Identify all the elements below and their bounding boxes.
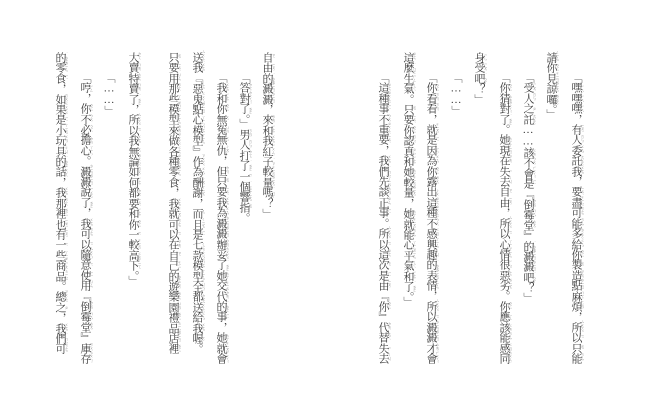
han-char: 只ㄓˇ (402, 104, 414, 114)
zhuyin-ruby: ㄨㄟˇ (581, 144, 585, 155)
han-char: 平ㄆㄧㄥˊ (402, 250, 414, 260)
han-char: 囉ㄌㄨㄛ (545, 94, 557, 104)
zhuyin-ruby: ㄧˋ (90, 261, 94, 268)
han-char: 只ㄓˇ (570, 343, 582, 353)
text-column: 「你ㄋㄧˇ看ㄎㄢˋ看ㄎㄢˋ，就ㄐㄧㄡˋ是ㄕˋ因ㄧㄣ為ㄨㄟˋ你ㄋㄧˇ露ㄌㄨˋ出ㄔㄨ… (425, 52, 437, 382)
han-char: 意ㄧˋ (79, 259, 91, 269)
han-char: 堂ㄊㄤˊ (522, 220, 534, 230)
han-char: 裡ㄌㄧˇ (167, 343, 179, 353)
zhuyin-ruby: ㄧㄠˋ (138, 198, 142, 208)
zhuyin-ruby: ㄍㄞ (509, 324, 513, 331)
zhuyin-ruby: ㄩㄢ (226, 126, 230, 133)
zhuyin-ruby: ㄧˋ (65, 241, 69, 248)
han-char: 澱ㄉㄧㄢˋ (261, 94, 273, 104)
zhuyin-ruby: ㄋㄧˇ (388, 301, 392, 311)
zhuyin-ruby: ㄊㄨㄥˊ (509, 351, 513, 366)
han-char: 身ㄕㄣ (473, 52, 485, 62)
han-char: 事ㄕˋ (377, 207, 389, 217)
zhuyin-ruby: ˙ㄌㄜ (249, 103, 253, 114)
han-char: 她ㄊㄚ (215, 270, 227, 280)
han-char: 給ㄍㄟˇ (570, 239, 582, 249)
han-char: 有ㄧㄡˇ (54, 229, 66, 239)
zhuyin-ruby: ㄓ (65, 305, 69, 308)
han-char: 談ㄊㄢˊ (377, 186, 389, 196)
zhuyin-ruby: ㄕㄣ (484, 54, 488, 61)
text-column: 「哼ㄏㄥ，你ㄋㄧˇ不ㄅㄨˊ必ㄅㄧˋ擔ㄉㄢ心ㄒㄧㄣ。澱ㄉㄧㄢˋ澱ㄉㄧㄢˋ說ㄕㄨㄛ了… (79, 52, 91, 382)
han-char: 氣ㄑㄧˋ (402, 260, 414, 270)
han-char: 自ㄗˋ (167, 250, 179, 260)
han-char: 是ㄕˋ (377, 270, 389, 280)
han-char: 些ㄒㄧㄝ (167, 94, 179, 104)
han-char: 堂ㄊㄤˊ (79, 322, 91, 332)
zhuyin-ruby: ㄋㄚˋ (178, 83, 182, 94)
han-char: 霉ㄇㄟˊ (522, 209, 534, 219)
han-char: 所ㄙㄨㄛˇ (425, 301, 437, 311)
zhuyin-ruby: ㄧㄡˇ (581, 124, 585, 134)
zhuyin-ruby: ㄗˋ (272, 53, 276, 61)
zhuyin-ruby: ㄊㄧˋ (388, 332, 392, 342)
zhuyin-ruby: ㄒㄧㄣ (90, 145, 94, 154)
han-char: 我ㄨㄛˇ (54, 187, 66, 197)
han-char: 量ㄌㄧㄤˋ (261, 177, 273, 187)
han-char: 為ㄨㄟˋ (425, 155, 437, 165)
han-char: 事ㄕˋ (215, 311, 227, 321)
han-char: 你ㄋㄧˇ (215, 103, 227, 113)
zhuyin-ruby: ㄏㄜˊ (138, 176, 142, 187)
zhuyin-ruby: ㄓㄥˋ (388, 196, 392, 207)
han-char: 用ㄩㄥˋ (79, 280, 91, 290)
han-char: 一ㄧˋ (54, 239, 66, 249)
zhuyin-ruby: ㄏㄨㄟˋ (226, 351, 230, 366)
zhuyin-ruby: ㄋㄧˇ (509, 301, 513, 311)
han-char: 零ㄌㄧㄥˊ (167, 166, 179, 176)
han-char: 種ㄓㄨㄥˇ (425, 207, 437, 217)
han-char: 出ㄔㄨ (425, 186, 437, 196)
han-char: 劣ㄌㄧㄝˋ (498, 280, 510, 290)
han-char: 能ㄋㄥˊ (570, 218, 582, 228)
han-char: 託ㄊㄨㄛ (570, 155, 582, 165)
han-char: 何ㄏㄜˊ (127, 177, 139, 187)
zhuyin-ruby: ㄕˋ (388, 105, 392, 113)
han-char: 麻ㄇㄚˊ (570, 291, 582, 301)
han-char: 因ㄧㄣ (425, 145, 437, 155)
text-column: 「受ㄕㄡˋ人ㄖㄣˊ之ㄓ託ㄊㄨㄛ……該ㄍㄞ不ㄅㄨˊ會ㄏㄨㄟˋ是ㄕˋ『倒ㄉㄠˇ霉ㄇㄟ… (522, 52, 534, 382)
zhuyin-ruby: ㄓˇ (178, 53, 182, 61)
han-char: 心ㄒㄧㄣ (191, 114, 203, 124)
han-char: 正ㄓㄥˋ (377, 197, 389, 207)
han-char: 嗎˙ㄇㄚ (261, 187, 273, 197)
han-char: 澱ㄉㄧㄢˋ (215, 228, 227, 238)
han-char: 託ㄊㄨㄛ (522, 114, 534, 124)
han-char: 樂ㄌㄜˋ (167, 291, 179, 301)
han-char: 會ㄏㄨㄟˋ (215, 353, 227, 363)
zhuyin-ruby: ˙ㄅㄚ (533, 271, 537, 282)
zhuyin-ruby: ㄆㄧㄣˇ (65, 269, 69, 283)
han-char: 次ㄘˋ (377, 259, 389, 269)
zhuyin-ruby: ㄕˋ (202, 230, 206, 238)
han-char: 用ㄩㄥˋ (167, 73, 179, 83)
zhuyin-ruby: ㄍㄠ (138, 252, 142, 259)
zhuyin-ruby: ㄍㄟˇ (581, 238, 585, 249)
zhuyin-ruby: ˙ㄌㄜ (138, 93, 142, 104)
han-char: 些ㄒㄧㄝ (54, 250, 66, 260)
han-char: 去ㄑㄩˋ (498, 176, 510, 186)
zhuyin-ruby: ㄑㄧˋ (413, 260, 417, 270)
han-char: 喔ㄛ (191, 333, 203, 343)
han-char: 事ㄕˋ (377, 103, 389, 113)
han-char: 和ㄏㄜˊ (402, 156, 414, 166)
zhuyin-ruby: ㄏㄟ (581, 95, 585, 102)
han-char: 興ㄒㄧㄥˋ (425, 239, 437, 249)
han-char: 我ㄨㄛˇ (54, 323, 66, 333)
han-char: 和ㄏㄜˊ (402, 271, 414, 281)
zhuyin-ruby: ㄊㄨㄛ (581, 155, 585, 165)
han-char: 不ㄅㄨˋ (425, 218, 437, 228)
han-char: 趣ㄑㄩˋ (425, 249, 437, 259)
zhuyin-ruby: ㄑㄧ (202, 242, 206, 248)
han-char: 了˙ㄌㄜ (127, 94, 139, 104)
han-char: 了˙ㄌㄜ (215, 259, 227, 269)
zhuyin-ruby: ㄋㄧˇ (413, 125, 417, 135)
han-char: 型ㄒㄧㄥˊ (167, 114, 179, 124)
han-char: 很ㄏㄣˇ (498, 259, 510, 269)
han-char: 有ㄧㄡˇ (570, 124, 582, 134)
zhuyin-ruby: ㄏㄟ (581, 105, 585, 112)
zhuyin-ruby: ㄑㄧㄥˊ (436, 278, 440, 292)
han-char: 吧˙ㄅㄚ (522, 272, 534, 282)
zhuyin-ruby: ㄒㄧㄥˊ (202, 134, 206, 148)
han-char: 只ㄓˇ (215, 176, 227, 186)
han-char: 你ㄋㄧˇ (377, 301, 389, 311)
han-char: 諒ㄌㄧㄤˋ (545, 83, 557, 93)
text-column: 「答ㄉㄚˊ對ㄉㄨㄟˋ了˙ㄌㄜ。」男ㄋㄢˊ人ㄖㄣˊ打ㄉㄚˇ了˙ㄌㄜ一ㄧˊ個˙ㄍㄜ響… (238, 52, 250, 382)
han-char: 能ㄋㄥˊ (402, 229, 414, 239)
zhuyin-ruby: ㄗㄞˋ (509, 155, 513, 166)
zhuyin-ruby: ㄌㄨㄛ (556, 94, 560, 104)
han-char: 澱ㄉㄧㄢˋ (79, 176, 91, 186)
han-char: 特ㄊㄜˋ (127, 73, 139, 83)
han-char: 的˙ㄉㄜ (167, 271, 179, 281)
han-char: 委ㄨㄟˇ (570, 145, 582, 155)
han-char: 食ㄕˊ (167, 177, 179, 187)
zhuyin-ruby: ㄘㄨㄣˊ (90, 351, 94, 366)
zhuyin-ruby: ㄧㄠˋ (413, 114, 417, 124)
text-column: 的˙ㄉㄜ零ㄌㄧㄥˊ食ㄕˊ，如ㄖㄨˊ果ㄍㄨㄛˇ是ㄕˋ小ㄒㄧㄠˇ玩ㄨㄢˊ具ㄐㄩˋ的˙… (54, 52, 66, 382)
han-char: 請ㄑㄧㄥˇ (545, 52, 557, 62)
zhuyin-ruby: ㄕˋ (533, 179, 537, 187)
han-char: 要ㄧㄠˋ (377, 134, 389, 144)
han-char: 論ㄌㄨㄣˋ (127, 156, 139, 166)
han-char: 心ㄒㄧㄣ (79, 145, 91, 155)
han-char: 響ㄒㄧㄤˇ (238, 191, 250, 201)
han-char: 和ㄏㄜˊ (215, 93, 227, 103)
han-char: 裡ㄌㄧˇ (54, 208, 66, 218)
han-char: 重ㄓㄨㄥˋ (377, 124, 389, 134)
han-char: 嘿ㄏㄟ (570, 82, 582, 92)
zhuyin-ruby: ㄧˇ (436, 313, 440, 320)
han-char: 大ㄉㄚˋ (127, 52, 139, 62)
han-char: 認ㄖㄣˋ (402, 135, 414, 145)
text-column: 「……」 (450, 52, 462, 382)
han-char: 了˙ㄌㄜ (238, 103, 250, 113)
han-char: 是ㄕˋ (425, 134, 437, 144)
han-char: 們˙ㄇㄣ (377, 166, 389, 176)
zhuyin-ruby: ㄨㄟˋ (436, 155, 440, 166)
han-char: 做ㄗㄨㄛˋ (167, 135, 179, 145)
han-char: 具ㄐㄩˋ (54, 146, 66, 156)
han-char: 能ㄋㄥˊ (570, 353, 582, 363)
zhuyin-ruby: ㄒㄧㄣ (202, 115, 206, 124)
zhuyin-ruby: ㄊㄚ (413, 168, 417, 175)
han-char: 該ㄍㄞ (522, 147, 534, 157)
zhuyin-ruby: ㄊㄚ (509, 136, 513, 143)
zhuyin-ruby: ˙ㄌㄜ (509, 113, 513, 124)
book-spread: 「嘿ㄏㄟ嘿ㄏㄟ嘿ㄏㄟ，有ㄧㄡˇ人ㄖㄣˊ委ㄨㄟˇ託ㄊㄨㄛ我ㄨㄛˇ，要ㄧㄠˋ盡ㄐㄧㄣ… (0, 0, 650, 401)
zhuyin-ruby: ㄧˇ (178, 231, 182, 238)
han-char: 就ㄐㄧㄡˋ (425, 124, 437, 134)
text-column: 送ㄙㄨㄥˋ我ㄨㄛˇ『惡ㄜˋ鬼ㄍㄨㄟˇ點ㄉㄧㄢˇ心ㄒㄧㄣ模ㄇㄛˊ型ㄒㄧㄥˊ』作ㄗㄨ… (191, 52, 203, 382)
zhuyin-ruby: ㄏㄣˇ (509, 259, 513, 270)
han-char: 代ㄉㄞˋ (215, 291, 227, 301)
han-char: 受ㄕㄡˋ (473, 62, 485, 72)
han-char: 了˙ㄌㄜ (402, 281, 414, 291)
zhuyin-ruby: ㄕㄥ (413, 75, 417, 82)
zhuyin-ruby: ㄅㄧˋ (90, 124, 94, 134)
zhuyin-ruby: ㄊㄚ (413, 210, 417, 217)
han-char: 零ㄌㄧㄥˊ (54, 62, 66, 72)
han-char: 麼˙ㄇㄜ (402, 62, 414, 72)
han-char: 就ㄐㄧㄡˋ (167, 208, 179, 218)
han-char: 我ㄨㄛˇ (191, 62, 203, 72)
zhuyin-ruby: ㄕˊ (65, 74, 69, 82)
han-char: 生ㄕㄥ (402, 73, 414, 83)
zhuyin-ruby: ㄋㄧˇ (138, 219, 142, 229)
zhuyin-ruby: ㄗˋ (178, 251, 182, 259)
zhuyin-ruby: ㄨㄛˇ (581, 165, 585, 176)
han-char: 食ㄕˊ (54, 73, 66, 83)
zhuyin-ruby: ㄊㄚ (226, 272, 230, 279)
han-char: 你ㄋㄧˇ (79, 103, 91, 113)
han-char: 受ㄕㄡˋ (522, 82, 534, 92)
zhuyin-ruby: ㄌㄧˇ (178, 343, 182, 353)
han-char: 吧˙ㄅㄚ (473, 73, 485, 83)
zhuyin-ruby: ㄧㄠˋ (226, 186, 230, 196)
han-char: 要ㄧㄠˋ (167, 62, 179, 72)
han-char: 我ㄨㄛˇ (215, 82, 227, 92)
han-char: 嘿ㄏㄟ (570, 103, 582, 113)
han-char: 就ㄐㄧㄡˋ (402, 219, 414, 229)
han-char: 賣ㄇㄞˋ (127, 83, 139, 93)
han-char: 由ㄧㄡˊ (261, 62, 273, 72)
zhuyin-ruby: ㄒㄧㄚˋ (138, 258, 142, 272)
zhuyin-ruby: ˙ㄇㄜ (413, 62, 417, 73)
zhuyin-ruby: ˙ㄌㄜ (226, 259, 230, 270)
zhuyin-ruby: ㄧㄡˊ (178, 281, 182, 291)
zhuyin-ruby: ㄩㄥˋ (90, 280, 94, 291)
han-char: 你ㄋㄧˇ (402, 125, 414, 135)
han-char: 情ㄑㄧㄥˊ (498, 249, 510, 259)
zhuyin-ruby: ㄌㄧㄝˋ (509, 278, 513, 292)
zhuyin-ruby: ㄧㄝˇ (65, 219, 69, 229)
han-char: 你ㄋㄧˇ (425, 82, 437, 92)
han-char: 小ㄒㄧㄠˇ (54, 125, 66, 135)
han-char: 失ㄕ (377, 343, 389, 353)
han-char: 煩ㄈㄢˊ (570, 301, 582, 311)
han-char: 種ㄓㄨㄥˇ (377, 93, 389, 103)
han-char: 這ㄓㄜˋ (402, 52, 414, 62)
han-char: 也ㄧㄝˇ (54, 219, 66, 229)
han-char: 你ㄋㄧˇ (570, 249, 582, 259)
han-char: 製ㄓˋ (570, 259, 582, 269)
han-char: 多ㄉㄨㄛ (570, 228, 582, 238)
text-column: 「你ㄋㄧˇ猜ㄘㄞ對ㄉㄨㄟˋ了˙ㄌㄜ。她ㄊㄚ現ㄒㄧㄢˋ在ㄗㄞˋ失ㄕ去ㄑㄩˋ自ㄗˋ由… (498, 52, 510, 382)
han-char: 以ㄧˇ (127, 125, 139, 135)
han-char: 以ㄧˇ (167, 229, 179, 239)
han-char: 之ㄓ (522, 103, 534, 113)
zhuyin-ruby: ㄒㄧㄝ (178, 94, 182, 103)
zhuyin-ruby: ㄏㄥ (90, 84, 94, 91)
han-char: 了˙ㄌㄜ (238, 160, 250, 170)
han-char: 品ㄆㄧㄣˇ (54, 271, 66, 281)
zhuyin-ruby: ㄉㄨㄛ (581, 228, 585, 238)
zhuyin-ruby: ㄧㄠˋ (178, 62, 182, 72)
zhuyin-ruby: ㄨㄛˇ (202, 62, 206, 73)
han-char: 以ㄧˇ (498, 228, 510, 238)
han-char: 無ㄨˊ (215, 114, 227, 124)
zhuyin-ruby: ㄨㄛˇ (138, 135, 142, 146)
zhuyin-ruby: ㄉㄢ (90, 136, 94, 143)
han-char: 男ㄋㄢˊ (238, 129, 250, 139)
zhuyin-ruby: ㄕˋ (226, 313, 230, 321)
han-char: 可ㄎㄜˇ (54, 343, 66, 353)
zhuyin-ruby: ㄋㄚˋ (65, 197, 69, 208)
zhuyin-ruby: ㄧㄡˇ (65, 229, 69, 239)
text-column: 請ㄑㄧㄥˇ你ㄋㄧˇ見ㄐㄧㄢˋ諒ㄌㄧㄤˋ囉ㄌㄨㄛ。」 (545, 52, 557, 382)
zhuyin-ruby: ㄓˇ (581, 344, 585, 352)
han-char: 果ㄍㄨㄛˇ (54, 104, 66, 114)
zhuyin-ruby: ㄎㄜˇ (65, 343, 69, 354)
text-column: 「我ㄨㄛˇ和ㄏㄜˊ你ㄋㄧˇ無ㄨˊ冤ㄩㄢ無ㄨˊ仇ㄔㄡˊ，但ㄉㄢˋ只ㄓˇ要ㄧㄠˋ我ㄨ… (215, 52, 227, 382)
zhuyin-ruby: ㄉㄢˋ (226, 165, 230, 176)
zhuyin-ruby: ㄓˇ (226, 177, 230, 185)
zhuyin-ruby: ㄔㄡˊ (226, 144, 230, 155)
zhuyin-ruby: ㄕ (509, 169, 513, 172)
han-char: 量ㄌㄧㄤˋ (402, 187, 414, 197)
han-char: 指ㄓˇ (238, 202, 250, 212)
han-char: 以ㄧˇ (570, 332, 582, 342)
zhuyin-ruby: ㄏㄜˊ (138, 208, 142, 219)
zhuyin-ruby: ㄨˊ (226, 136, 230, 144)
han-char: 嘿ㄏㄟ (570, 93, 582, 103)
han-char: 妥ㄊㄨㄛˇ (215, 249, 227, 259)
zhuyin-ruby: ㄛ (202, 336, 206, 339)
zhuyin-ruby: ㄧㄡˊ (509, 197, 513, 207)
zhuyin-ruby: ㄧˇ (509, 230, 513, 237)
zhuyin-ruby: ㄎㄢˋ (436, 103, 440, 114)
zhuyin-ruby: ㄧㄣ (436, 147, 440, 153)
han-char: 給ㄍㄟˇ (191, 312, 203, 322)
han-char: 了˙ㄌㄜ (79, 197, 91, 207)
han-char: 我ㄨㄛˇ (127, 135, 139, 145)
han-char: 那ㄋㄚˋ (54, 198, 66, 208)
han-char: 玩ㄨㄢˊ (54, 135, 66, 145)
han-char: 以ㄧˇ (377, 239, 389, 249)
text-column: 身ㄕㄣ受ㄕㄡˋ吧˙ㄅㄚ？」 (473, 52, 485, 382)
zhuyin-ruby: ㄨˊ (226, 115, 230, 123)
han-char: 真ㄓㄣ (402, 146, 414, 156)
han-char: 看ㄎㄢˋ (425, 93, 437, 103)
han-char: 我ㄨㄛˇ (570, 166, 582, 176)
han-char: 話ㄏㄨㄚˋ (54, 166, 66, 176)
han-char: 人ㄖㄣˊ (522, 93, 534, 103)
zhuyin-ruby: ㄖㄣˊ (533, 92, 537, 103)
han-char: 送ㄙㄨㄥˋ (191, 302, 203, 312)
zhuyin-ruby: ㄕㄨㄛ (90, 187, 94, 197)
zhuyin-ruby: ㄧˊ (249, 172, 253, 179)
zhuyin-ruby: ㄓ (533, 107, 537, 110)
han-char: 人ㄖㄣˊ (238, 139, 250, 149)
zhuyin-ruby: ˙ㄇㄣ (388, 165, 392, 176)
han-char: 可ㄎㄜˇ (79, 228, 91, 238)
zhuyin-ruby: ㄧㄡˊ (388, 280, 392, 290)
zhuyin-ruby: ㄈㄢˊ (581, 301, 585, 312)
zhuyin-ruby: ㄋㄥˊ (581, 353, 585, 364)
han-char: 仇ㄔㄡˊ (215, 145, 227, 155)
zhuyin-ruby: ㄖㄣˋ (413, 135, 417, 146)
han-char: 失ㄕ (498, 166, 510, 176)
han-char: 盡ㄐㄧㄣˋ (570, 197, 582, 207)
zhuyin-ruby: ㄏㄨㄚˋ (65, 164, 69, 179)
zhuyin-ruby: ㄓˇ (413, 105, 417, 113)
han-char: 由ㄧㄡˊ (377, 280, 389, 290)
text-column: 「嘿ㄏㄟ嘿ㄏㄟ嘿ㄏㄟ，有ㄧㄡˇ人ㄖㄣˊ委ㄨㄟˇ託ㄊㄨㄛ我ㄨㄛˇ，要ㄧㄠˋ盡ㄐㄧㄣ… (570, 52, 582, 382)
zhuyin-ruby: ㄧˇ (388, 240, 392, 247)
han-char: 所ㄙㄨㄛˇ (377, 228, 389, 238)
zhuyin-ruby: ˙ㄌㄜ (90, 196, 94, 207)
han-char: 們˙ㄇㄣ (54, 333, 66, 343)
han-char: 不ㄅㄨˊ (79, 114, 91, 124)
han-char: 在ㄗㄞˋ (167, 239, 179, 249)
han-char: 倒ㄉㄠˇ (522, 199, 534, 209)
han-char: 現ㄒㄧㄢˋ (498, 145, 510, 155)
han-char: 冤ㄩㄢ (215, 124, 227, 134)
han-char: 要ㄧㄠˋ (127, 198, 139, 208)
han-char: 人ㄖㄣˊ (570, 134, 582, 144)
han-char: 倒ㄉㄠˇ (79, 301, 91, 311)
zhuyin-ruby: ㄕˊ (178, 178, 182, 186)
han-char: 己ㄐㄧˇ (167, 260, 179, 270)
zhuyin-ruby: ㄔㄨ (436, 188, 440, 195)
han-char: 款ㄎㄨㄢˇ (191, 250, 203, 260)
zhuyin-ruby: ㄉㄞˋ (388, 321, 392, 332)
zhuyin-ruby: ㄏㄜˊ (226, 92, 230, 103)
zhuyin-ruby: ㄧㄥ (509, 314, 513, 320)
han-char: 你ㄋㄧˇ (127, 219, 139, 229)
han-char: 我ㄨㄛˇ (377, 155, 389, 165)
han-char: 賣ㄇㄞˋ (127, 62, 139, 72)
zhuyin-ruby: ㄑㄧˋ (413, 83, 417, 93)
zhuyin-ruby: ˙ㄉㄜ (178, 270, 182, 281)
zhuyin-ruby: ㄕㄤ (65, 262, 69, 269)
zhuyin-ruby: ㄑㄩˋ (388, 353, 392, 364)
han-char: 去ㄑㄩˋ (377, 353, 389, 363)
han-char: 較ㄐㄧㄠˋ (127, 239, 139, 249)
han-char: 所ㄙㄨㄛˇ (127, 114, 139, 124)
han-char: 我ㄨㄛˇ (215, 197, 227, 207)
han-char: 能ㄋㄥˊ (498, 332, 510, 342)
han-char: 所ㄙㄨㄛˇ (498, 218, 510, 228)
han-char: 遊ㄧㄡˊ (167, 281, 179, 291)
